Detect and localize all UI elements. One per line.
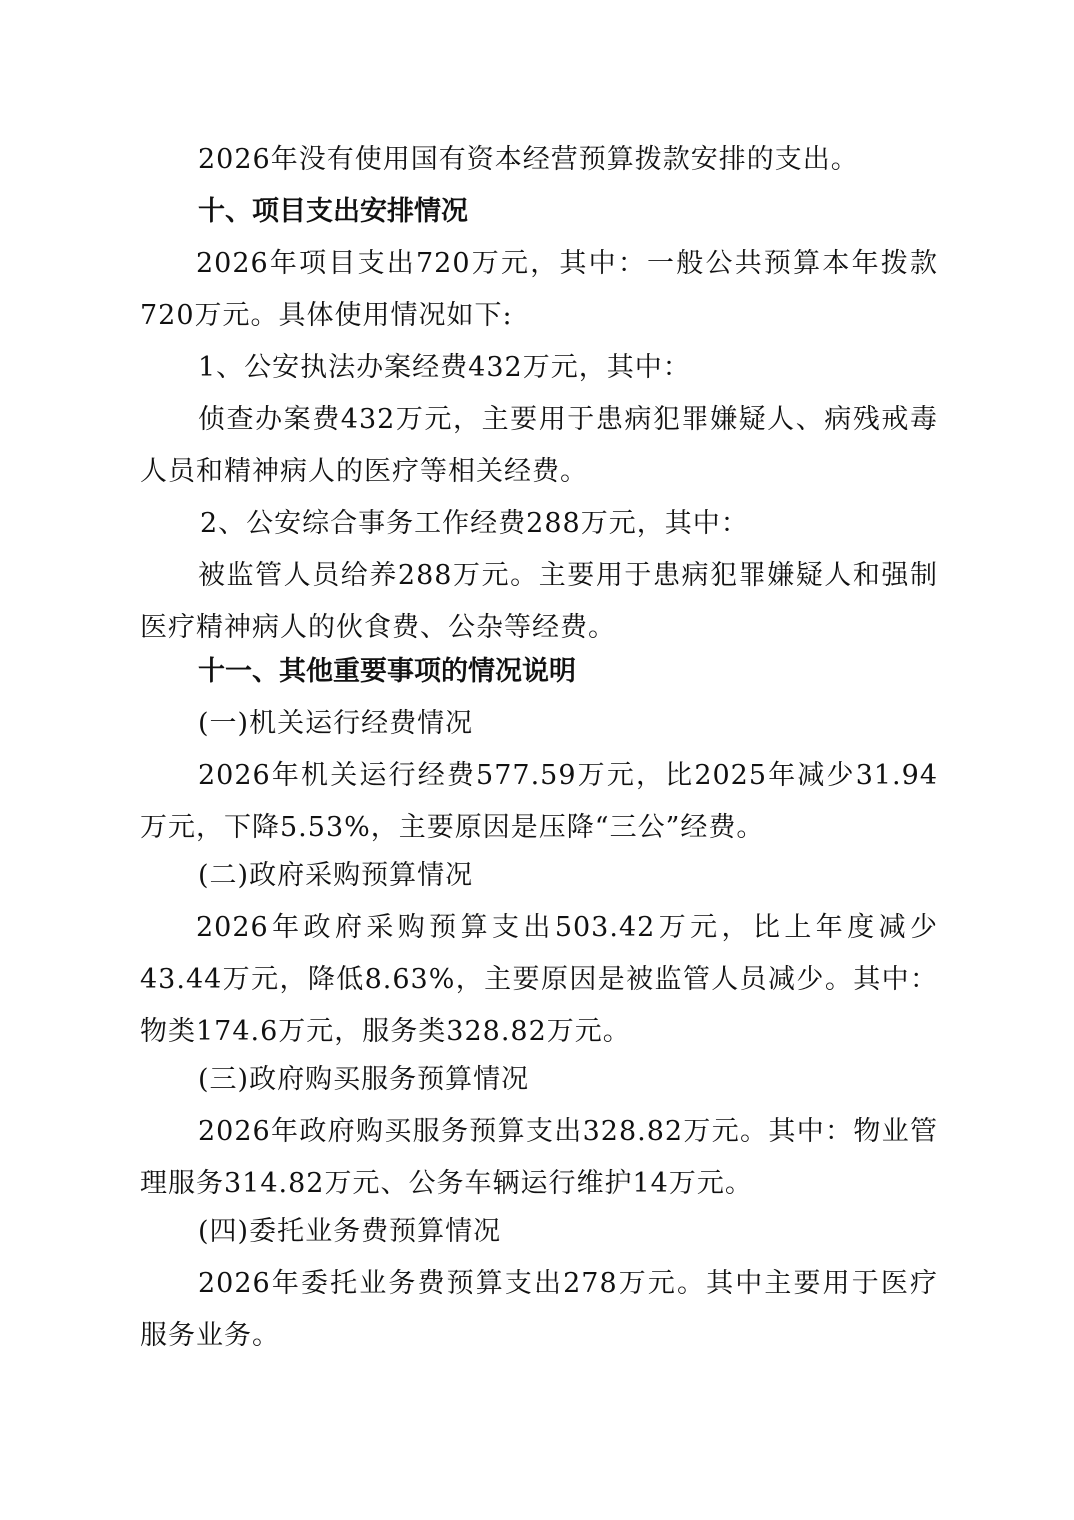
service-purchase-line2: 理服务314.82万元、公务车辆运行维护14万元。 — [140, 1164, 753, 1204]
operating-expenses-line2: 万元，下降5.53%，主要原因是压降“三公”经费。 — [140, 808, 764, 848]
commissioned-business-line2: 服务业务。 — [140, 1316, 280, 1356]
paragraph-state-capital: 2026年没有使用国有资本经营预算拨款安排的支出。 — [198, 140, 859, 180]
item1-title: 1、公安执法办案经费432万元，其中： — [198, 348, 691, 388]
item2-detail-line2: 医疗精神病人的伙食费、公杂等经费。 — [140, 608, 616, 648]
section-heading-project-expenditure: 十、项目支出安排情况 — [198, 192, 468, 232]
service-purchase-line1: 2026年政府购买服务预算支出328.82万元。其中：物业管 — [198, 1112, 938, 1152]
document-page: 2026年没有使用国有资本经营预算拨款安排的支出。 十、项目支出安排情况 202… — [0, 0, 1074, 1520]
item1-detail-line1: 侦查办案费432万元，主要用于患病犯罪嫌疑人、病残戒毒 — [198, 400, 938, 440]
item2-title: 2、公安综合事务工作经费288万元，其中： — [200, 504, 749, 544]
procurement-line2: 43.44万元，降低8.63%，主要原因是被监管人员减少。其中：货 — [140, 960, 938, 1000]
subheading-service-purchase: (三)政府购买服务预算情况 — [198, 1060, 529, 1100]
paragraph-project-total-line2: 720万元。具体使用情况如下: — [140, 296, 513, 336]
operating-expenses-line1: 2026年机关运行经费577.59万元，比2025年减少31.94 — [198, 756, 938, 796]
procurement-line1: 2026年政府采购预算支出503.42万元，比上年度减少 — [196, 908, 938, 948]
section-heading-other-matters: 十一、其他重要事项的情况说明 — [198, 652, 576, 692]
paragraph-project-total-line1: 2026年项目支出720万元，其中：一般公共预算本年拨款 — [196, 244, 938, 284]
item1-detail-line2: 人员和精神病人的医疗等相关经费。 — [140, 452, 588, 492]
item2-detail-line1: 被监管人员给养288万元。主要用于患病犯罪嫌疑人和强制 — [198, 556, 938, 596]
subheading-procurement: (二)政府采购预算情况 — [198, 856, 473, 896]
subheading-operating-expenses: (一)机关运行经费情况 — [198, 704, 473, 744]
commissioned-business-line1: 2026年委托业务费预算支出278万元。其中主要用于医疗 — [198, 1264, 938, 1304]
subheading-commissioned-business: (四)委托业务费预算情况 — [198, 1212, 501, 1252]
procurement-line3: 物类174.6万元，服务类328.82万元。 — [140, 1012, 631, 1052]
